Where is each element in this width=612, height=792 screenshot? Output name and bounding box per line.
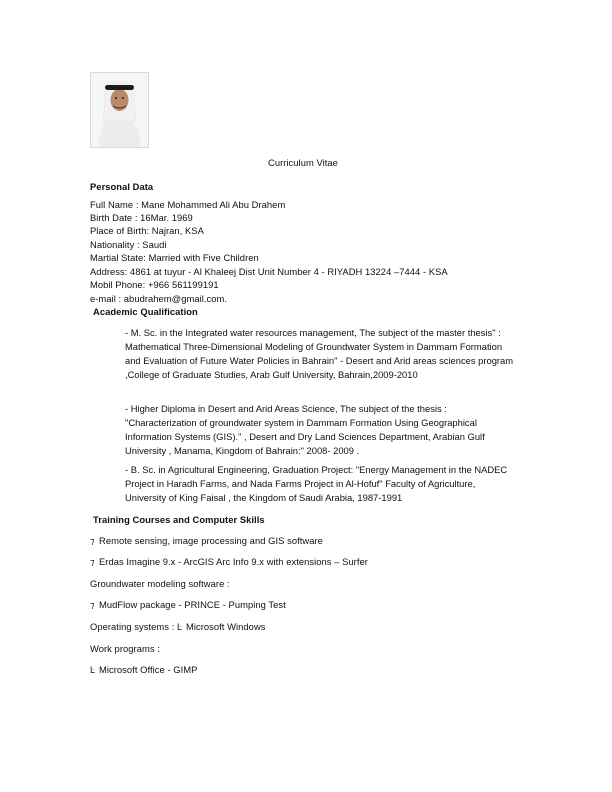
cv-page: Curriculum Vitae Personal Data Full Name… (0, 0, 612, 792)
full-name: Full Name : Mane Mohammed Ali Abu Drahem (90, 199, 285, 210)
work-programs: ĿMicrosoft Office - GIMP (90, 664, 197, 676)
email[interactable]: e-mail : abudrahem@gmail.com. (90, 293, 227, 304)
academic-heading: Academic Qualification (93, 306, 198, 317)
skill-text: Erdas Imagine 9.x - ArcGIS Arc Info 9.x … (99, 556, 368, 567)
os-label: Operating systems : (90, 621, 174, 632)
personal-data-heading: Personal Data (90, 181, 153, 192)
work-programs-label: Work programs : (90, 643, 160, 654)
skill-remote-sensing: ⁊Remote sensing, image processing and GI… (90, 535, 323, 547)
document-title: Curriculum Vitae (268, 157, 338, 168)
operating-systems: Operating systems : ĿMicrosoft Windows (90, 621, 266, 633)
academic-item-diploma: - Higher Diploma in Desert and Arid Area… (125, 402, 515, 458)
bullet-icon: Ŀ (90, 665, 99, 676)
bullet-icon: Ŀ (177, 622, 186, 633)
groundwater-label: Groundwater modeling software : (90, 578, 230, 589)
academic-item-msc: - M. Sc. in the Integrated water resourc… (125, 326, 515, 382)
nationality: Nationality : Saudi (90, 239, 167, 250)
academic-item-bsc: - B. Sc. in Agricultural Engineering, Gr… (125, 463, 515, 505)
skill-text: Remote sensing, image processing and GIS… (99, 535, 323, 546)
skill-gis-tools: ⁊Erdas Imagine 9.x - ArcGIS Arc Info 9.x… (90, 556, 368, 568)
os-value: Microsoft Windows (186, 621, 266, 632)
training-heading: Training Courses and Computer Skills (93, 514, 265, 525)
skill-text: MudFlow package - PRINCE - Pumping Test (99, 599, 286, 610)
address: Address: 4861 at tuyur - Al Khaleej Dist… (90, 266, 448, 277)
skill-groundwater: ⁊MudFlow package - PRINCE - Pumping Test (90, 599, 286, 611)
birth-date: Birth Date : 16Mar. 1969 (90, 212, 193, 223)
bullet-icon: ⁊ (90, 536, 99, 547)
work-value: Microsoft Office - GIMP (99, 664, 197, 675)
place-of-birth: Place of Birth: Najran, KSA (90, 225, 204, 236)
mobile-phone: Mobil Phone: +966 561199191 (90, 279, 219, 290)
bullet-icon: ⁊ (90, 557, 99, 568)
portrait-photo (90, 72, 149, 148)
marital-state: Martial State: Married with Five Childre… (90, 252, 259, 263)
portrait-image-icon (91, 73, 148, 147)
bullet-icon: ⁊ (90, 600, 99, 611)
